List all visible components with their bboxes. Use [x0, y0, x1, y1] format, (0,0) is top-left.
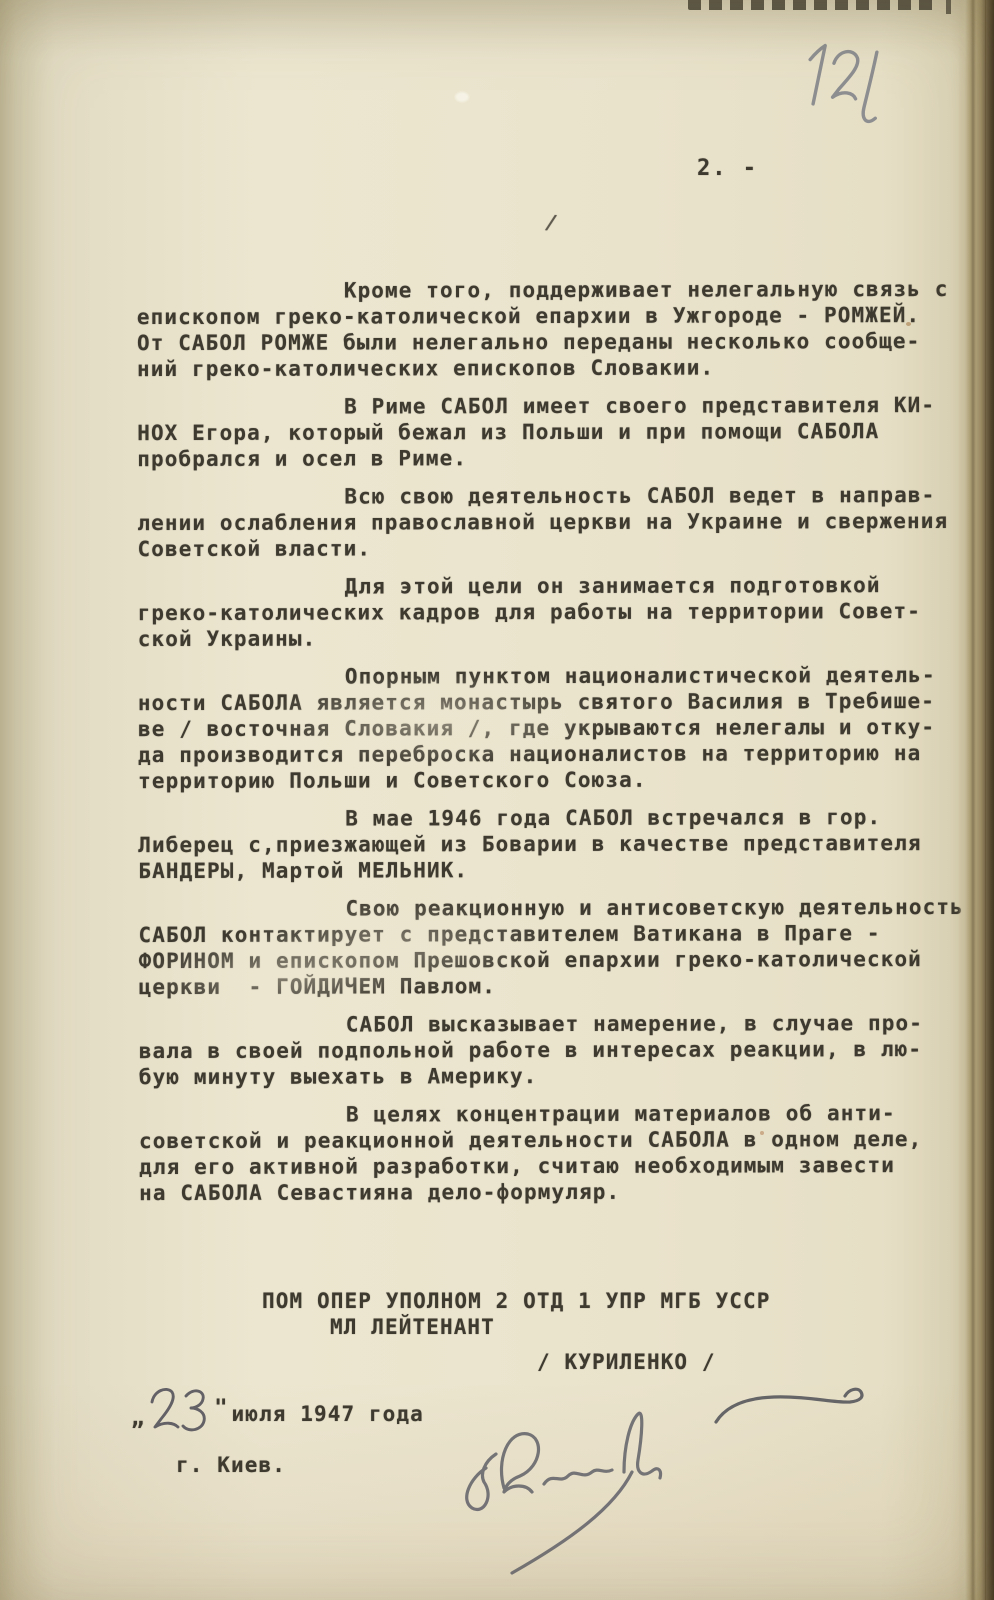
document-body: Кроме того, поддерживает нелегальную свя… — [137, 276, 971, 1218]
signoff-position-line1: ПОМ ОПЕР УПОЛНОМ 2 ОТД 1 УПР МГБ УССР — [262, 1288, 771, 1314]
paragraph: Опорным пунктом националистической деяте… — [138, 662, 970, 794]
cut-off-stamp-fragment — [688, 0, 940, 10]
text-line: Всю свою деятельность САБОЛ ведет в напр… — [137, 482, 969, 510]
text-line: В мае 1946 года САБОЛ встречался в гор. — [138, 804, 970, 832]
date-open-quote: „ — [131, 1406, 144, 1431]
paragraph: Всю свою деятельность САБОЛ ведет в напр… — [137, 482, 969, 562]
date-block: „ " июля 1947 года — [131, 1398, 424, 1436]
text-line: лении ослабления православной церкви на … — [137, 508, 969, 536]
text-line: НОХ Егора, который бежал из Польши и при… — [137, 418, 969, 446]
city-line: г. Киев. — [176, 1452, 286, 1478]
text-line: на САБОЛА Севастияна дело-формуляр. — [139, 1178, 971, 1206]
paragraph: Для этой цели он занимается подготовкойг… — [138, 572, 970, 652]
book-binding-edge — [958, 0, 994, 1600]
text-line: От САБОЛ РОМЖЕ были нелегально переданы … — [137, 328, 969, 356]
text-line: бую минуту выехать в Америку. — [139, 1062, 971, 1090]
cut-off-stamp-fragment-bar — [946, 0, 951, 14]
text-line: Советской власти. — [137, 534, 969, 562]
date-close-quote: " — [214, 1396, 227, 1421]
text-line: САБОЛ высказывает намерение, в случае пр… — [139, 1010, 971, 1038]
text-line: для его активной разработки, считаю необ… — [139, 1152, 971, 1180]
paragraph: САБОЛ высказывает намерение, в случае пр… — [139, 1010, 971, 1090]
page-edge-line — [985, 0, 986, 1600]
text-line: Либерец с,приезжающей из Боварии в качес… — [138, 830, 970, 858]
paragraph: В целях концентрации материалов об анти-… — [139, 1100, 971, 1206]
signoff-position-line2: МЛ ЛЕЙТЕНАНТ — [330, 1314, 495, 1340]
handwritten-page-number — [795, 41, 893, 143]
text-line: Кроме того, поддерживает нелегальную свя… — [137, 276, 969, 304]
text-line: греко-католических кадров для работы на … — [138, 598, 970, 626]
paragraph: В мае 1946 года САБОЛ встречался в гор.Л… — [138, 804, 970, 884]
text-line: ве / восточная Словакия /, где укрываютс… — [138, 714, 970, 742]
date-text: июля 1947 года — [232, 1402, 424, 1426]
text-line: БАНДЕРЫ, Мартой МЕЛЬНИК. — [138, 856, 970, 884]
scanned-document-page: 2. - / Кроме того, поддерживает нелегаль… — [0, 0, 994, 1600]
text-line: церкви - ГОЙДИЧЕМ Павлом. — [139, 972, 971, 1000]
stray-slash-mark: / — [543, 209, 558, 234]
text-line: В Риме САБОЛ имеет своего представителя … — [137, 392, 969, 420]
handwritten-day — [144, 1384, 210, 1436]
text-line: САБОЛ контактирует с представителем Вати… — [138, 920, 970, 948]
text-line: ской Украины. — [138, 624, 970, 652]
text-line: советской и реакционной деятельности САБ… — [139, 1126, 971, 1154]
text-line: да производится переброска националистов… — [138, 740, 970, 768]
text-line: Опорным пунктом националистической деяте… — [138, 662, 970, 690]
typed-page-number: 2. - — [697, 156, 758, 181]
text-line: ФОРИНОМ и епископом Прешовской епархии г… — [139, 946, 971, 974]
text-line: епископом греко-католической епархии в У… — [137, 302, 969, 330]
text-line: В целях концентрации материалов об анти- — [139, 1100, 971, 1128]
handwritten-signature — [446, 1368, 736, 1588]
text-line: пробрался и осел в Риме. — [137, 444, 969, 472]
paragraph: Кроме того, поддерживает нелегальную свя… — [137, 276, 969, 382]
text-line: вала в своей подпольной работе в интерес… — [139, 1036, 971, 1064]
pen-flourish — [712, 1386, 872, 1432]
text-line: ности САБОЛА является монастырь святого … — [138, 688, 970, 716]
text-line: ний греко-католических епископов Словаки… — [137, 354, 969, 382]
text-line: Свою реакционную и антисоветскую деятель… — [138, 894, 970, 922]
paper-shine-spot — [455, 92, 469, 102]
text-line: Для этой цели он занимается подготовкой — [138, 572, 970, 600]
paragraph: Свою реакционную и антисоветскую деятель… — [138, 894, 970, 1000]
paragraph: В Риме САБОЛ имеет своего представителя … — [137, 392, 969, 472]
text-line: территорию Польши и Советского Союза. — [138, 766, 970, 794]
